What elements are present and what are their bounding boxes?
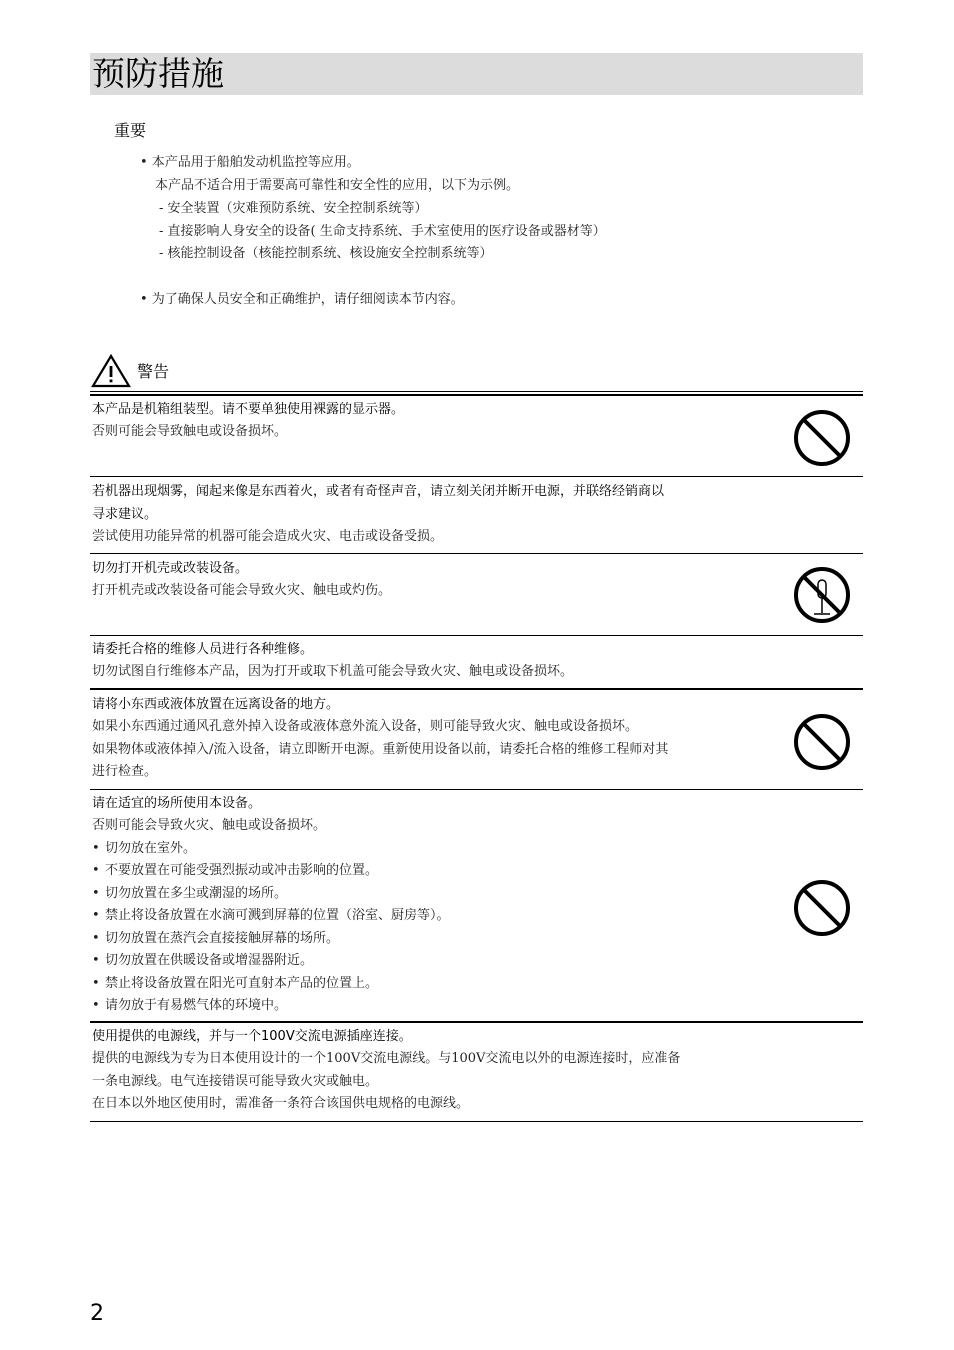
section-body: 打开机壳或改装设备可能会导致火灾、触电或灼伤。 xyxy=(92,580,772,603)
prohibition-icon xyxy=(793,713,851,771)
important-line: - 安全装置（灾难预防系统、安全控制系统等） xyxy=(159,198,428,220)
list-item: 禁止将设备放置在阳光可直射本产品的位置上。 xyxy=(92,973,772,996)
list-item: 切勿放置在蒸汽会直接接触屏幕的场所。 xyxy=(92,928,772,951)
section-heading: 请在适宜的场所使用本设备。 xyxy=(92,792,772,815)
warning-section: 请委托合格的维修人员进行各种维修。 切勿试图自行维修本产品，因为打开或取下机盖可… xyxy=(92,638,772,684)
important-line: 本产品不适合用于需要高可靠性和安全性的应用，以下为示例。 xyxy=(155,175,519,197)
section-heading-cont: 寻求建议。 xyxy=(92,503,772,526)
section-body: 切勿试图自行维修本产品，因为打开或取下机盖可能会导致火灾、触电或设备损坏。 xyxy=(92,661,772,684)
no-disassembly-icon xyxy=(793,566,851,624)
prohibition-icon xyxy=(793,409,851,467)
section-body: 如果小东西通过通风孔意外掉入设备或液体意外流入设备，则可能导致火灾、触电或设备损… xyxy=(92,716,772,739)
warning-triangle-icon xyxy=(91,354,131,388)
section-body: 尝试使用功能异常的机器可能会造成火灾、电击或设备受损。 xyxy=(92,526,772,549)
divider xyxy=(90,1021,863,1023)
divider xyxy=(90,635,863,636)
important-line: - 核能控制设备（核能控制系统、核设施安全控制系统等） xyxy=(159,243,493,265)
page-title: 预防措施 xyxy=(92,53,224,95)
section-body: 提供的电源线为专为日本使用设计的一个100V交流电源线。与100V交流电以外的电… xyxy=(92,1048,772,1071)
divider xyxy=(90,789,863,790)
divider xyxy=(90,553,863,554)
divider xyxy=(90,394,863,396)
list-item: 禁止将设备放置在水滴可溅到屏幕的位置（浴室、厨房等）。 xyxy=(92,905,772,928)
section-heading: 请委托合格的维修人员进行各种维修。 xyxy=(92,638,772,661)
important-heading: 重要 xyxy=(114,120,146,142)
section-heading: 若机器出现烟雾，闻起来像是东西着火，或者有奇怪声音，请立刻关闭并断开电源，并联络… xyxy=(92,480,772,503)
warning-section: 切勿打开机壳或改装设备。 打开机壳或改装设备可能会导致火灾、触电或灼伤。 xyxy=(92,557,772,603)
warning-section: 若机器出现烟雾，闻起来像是东西着火，或者有奇怪声音，请立刻关闭并断开电源，并联络… xyxy=(92,480,772,549)
section-body: 否则可能会导致火灾、触电或设备损坏。 xyxy=(92,815,772,838)
section-body: 如果物体或液体掉入/流入设备，请立即断开电源。重新使用设备以前，请委托合格的维修… xyxy=(92,739,772,762)
list-item: 切勿放置在供暖设备或增湿器附近。 xyxy=(92,950,772,973)
divider xyxy=(90,391,863,392)
warning-section: 使用提供的电源线，并与一个100V交流电源插座连接。 提供的电源线为专为日本使用… xyxy=(92,1025,772,1116)
important-line: • 为了确保人员安全和正确维护，请仔细阅读本节内容。 xyxy=(140,289,464,311)
list-item: 不要放置在可能受强烈振动或冲击影响的位置。 xyxy=(92,860,772,883)
section-heading: 切勿打开机壳或改装设备。 xyxy=(92,557,772,580)
section-body: 进行检查。 xyxy=(92,761,772,784)
important-line: - 直接影响人身安全的设备( 生命支持系统、手术室使用的医疗设备或器材等） xyxy=(159,221,606,243)
section-body: 否则可能会导致触电或设备损坏。 xyxy=(92,421,772,444)
warning-section: 本产品是机箱组装型。请不要单独使用裸露的显示器。 否则可能会导致触电或设备损坏。 xyxy=(92,398,772,444)
divider xyxy=(90,476,863,477)
section-heading: 本产品是机箱组装型。请不要单独使用裸露的显示器。 xyxy=(92,398,772,421)
prohibition-icon xyxy=(793,879,851,937)
list-item: 切勿放在室外。 xyxy=(92,838,772,861)
divider xyxy=(90,688,863,690)
warning-heading: 警告 xyxy=(137,359,169,382)
important-line: • 本产品用于船舶发动机监控等应用。 xyxy=(140,152,360,174)
page-number: 2 xyxy=(90,1301,104,1326)
section-heading: 使用提供的电源线，并与一个100V交流电源插座连接。 xyxy=(92,1025,772,1048)
section-body: 一条电源线。电气连接错误可能导致火灾或触电。 xyxy=(92,1071,772,1094)
list-item: 切勿放置在多尘或潮湿的场所。 xyxy=(92,883,772,906)
page-title-bar: 预防措施 xyxy=(90,53,863,95)
warning-section: 请将小东西或液体放置在远离设备的地方。 如果小东西通过通风孔意外掉入设备或液体意… xyxy=(92,693,772,784)
divider xyxy=(90,1121,863,1122)
list-item: 请勿放于有易燃气体的环境中。 xyxy=(92,995,772,1018)
warning-section: 请在适宜的场所使用本设备。 否则可能会导致火灾、触电或设备损坏。 切勿放在室外。… xyxy=(92,792,772,1018)
section-heading: 请将小东西或液体放置在远离设备的地方。 xyxy=(92,693,772,716)
section-body: 在日本以外地区使用时，需准备一条符合该国供电规格的电源线。 xyxy=(92,1093,772,1116)
